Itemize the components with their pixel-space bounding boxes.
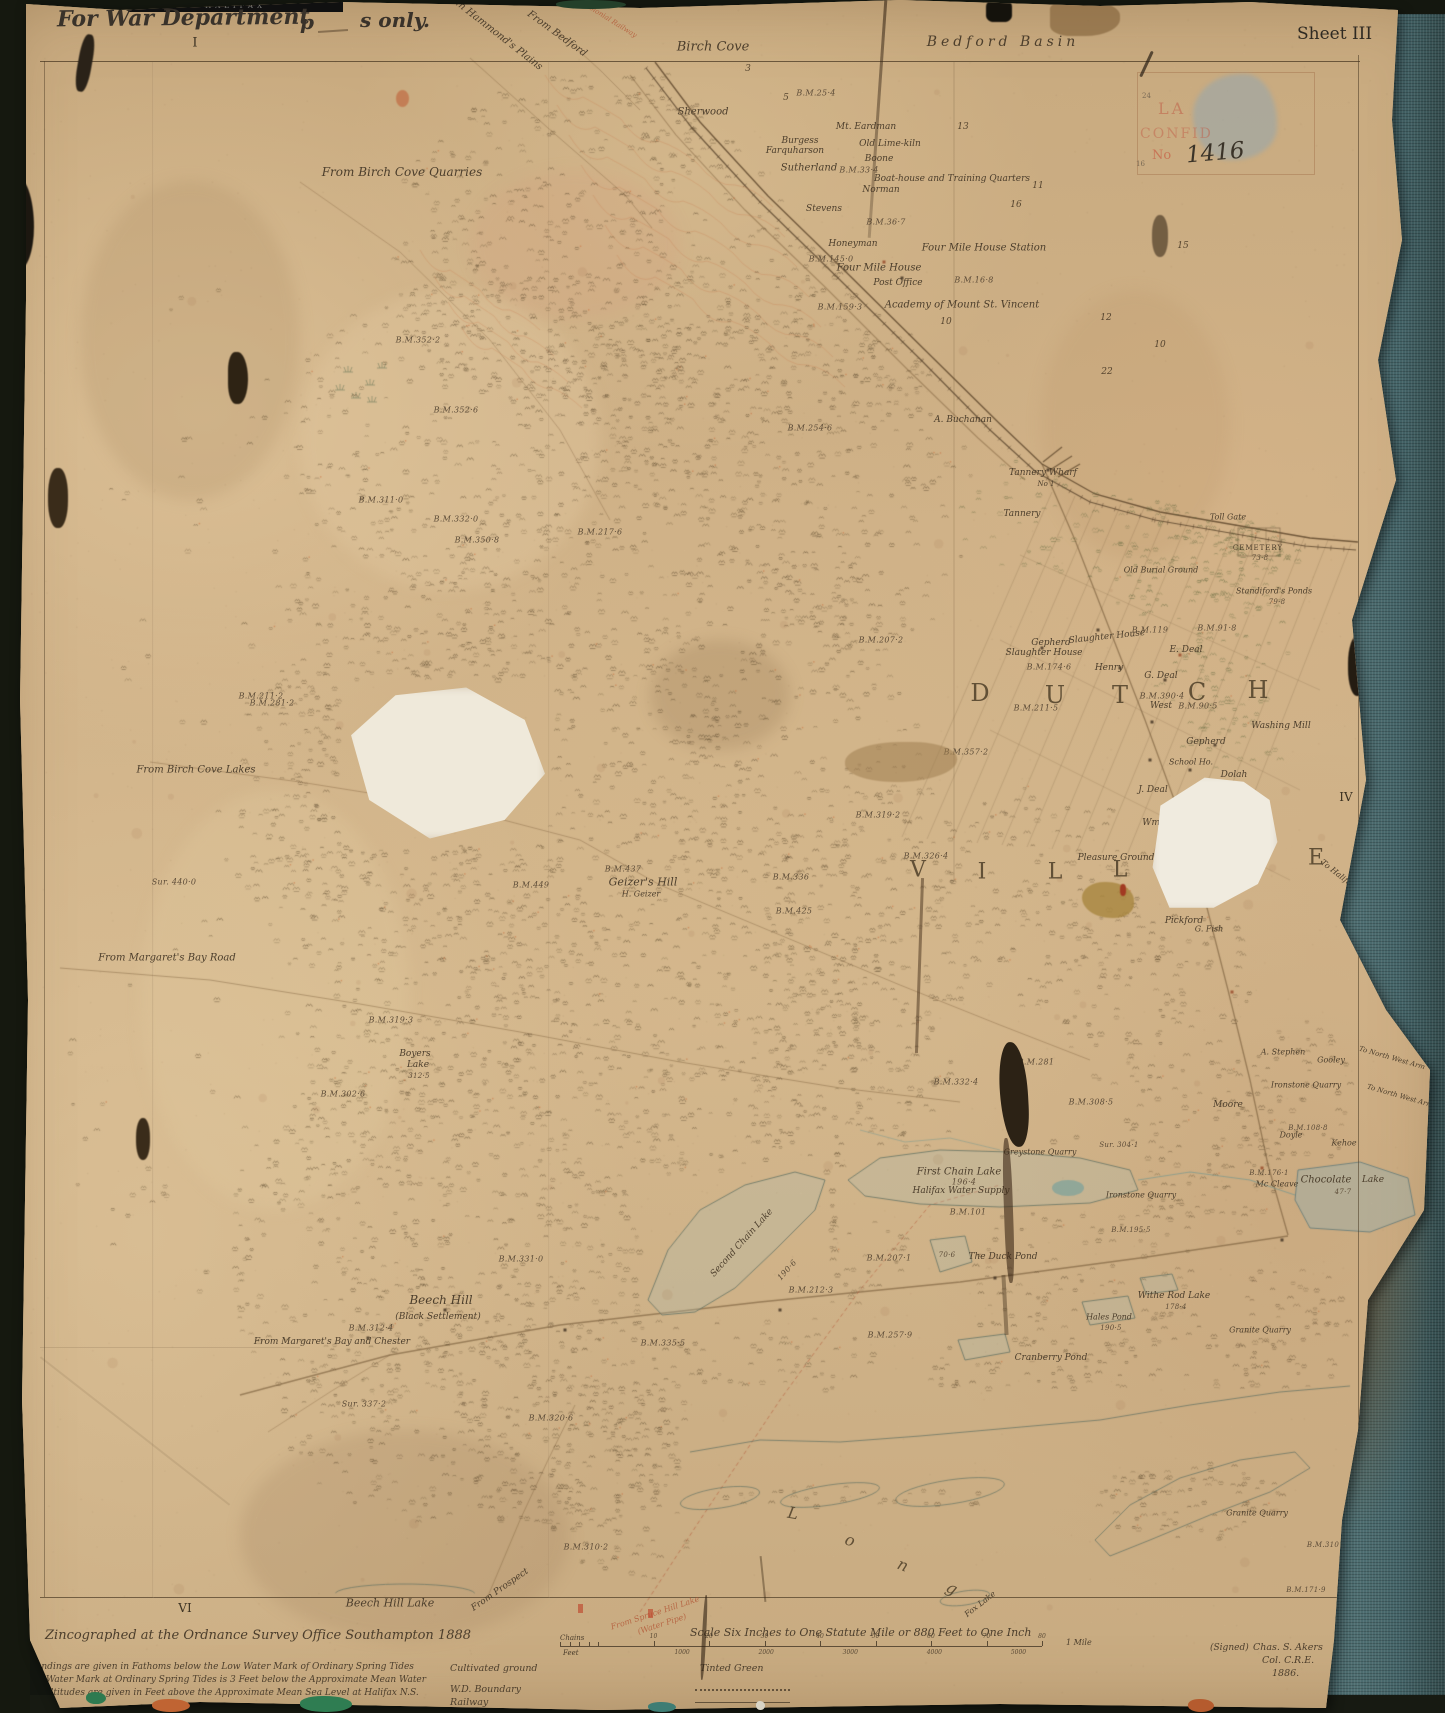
sounding-value: 3 [745,64,751,74]
stamp-line2: CONFID [1140,126,1213,142]
map-label: Greystone Quarry [1004,1148,1077,1157]
signed-text: (Signed) [1210,1643,1249,1653]
paint-speck-green [300,1696,352,1712]
map-label: G. Fish [1195,925,1224,934]
map-label: From Prospect [469,1567,530,1614]
map-label: 190·6 [775,1258,798,1282]
signature: Chas. S. Akers [1253,1642,1323,1653]
map-paper: HALIFAX For War Department p s only. She… [0,0,1445,1713]
map-label: B.M.159·3 [818,303,863,312]
scale-mile: 1 Mile [1066,1638,1092,1647]
pencil-number: 24 [1142,92,1151,100]
map-label: Lake [1362,1175,1384,1185]
debris [48,468,68,528]
map-label: Halifax Water Supply [913,1186,1010,1196]
paint-speck-orange [152,1699,190,1712]
map-label: Old Burial Ground [1124,566,1199,575]
map-label: B.M.319·3 [369,1016,414,1025]
map-label: From Birch Cove Lakes [136,765,255,776]
signature-rank-text: Col. C.R.E. [1262,1655,1314,1666]
map-label: B.M.350·8 [455,536,500,545]
map-label: B.M.302·6 [321,1090,366,1099]
map-label: Tannery [1004,509,1041,519]
map-label: From Birch Cove Quarries [322,165,483,179]
scale-title: Scale Six Inches to One Statute Mile or … [690,1626,1031,1639]
map-label: J. Deal [1138,785,1167,795]
map-label: No 1 [1037,480,1054,488]
signed: (Signed) [1210,1643,1249,1653]
map-label: B.M.310 [1307,1541,1339,1549]
place-letter-ville: L [1048,860,1063,885]
sheet-number-text: Sheet III [1297,24,1372,44]
map-label: B.M.212·3 [789,1286,834,1295]
map-label: B.M.207·1 [867,1254,912,1263]
stamp-line1: LA [1158,99,1186,118]
map-label: Withe Rod Lake [1138,1291,1211,1301]
map-label: Slaughter House [1068,628,1146,646]
scale-feet-number: 3000 [843,1649,858,1656]
map-label: Mc Cleave [1256,1180,1299,1189]
map-label: To North West Arm [1366,1083,1434,1109]
map-label: Birch Cove [677,40,750,55]
sounding-value: 10 [940,317,951,327]
map-label: B.M.36·7 [866,218,905,227]
map-label: Toll Gate [1210,513,1246,522]
map-label: Mt. Eardman [836,122,896,132]
scale-feet-number: 1000 [674,1649,689,1656]
map-label: 70·6 [939,1251,956,1259]
map-label: 73·8 [1252,554,1269,562]
map-label: Old Lime-kiln [859,139,921,149]
legend-railway: Railway [450,1697,488,1708]
sounding-value: 22 [1101,367,1112,377]
paint-speck-teal [648,1702,676,1712]
map-label: B.M.254·6 [788,424,833,433]
legend-railway-text: Railway [450,1697,488,1708]
map-label: B.M.281·2 [250,699,295,708]
map-label: From Bedford [525,9,589,60]
map-label: B.M.331·0 [499,1255,544,1264]
debris [986,0,1012,22]
pencil-number: 16 [1136,160,1145,168]
map-label: Sur. 337·2 [342,1400,387,1409]
place-letter-ville: E [1308,846,1324,871]
red-tick [578,1604,583,1613]
scale-title-text: Scale Six Inches to One Statute Mile or … [690,1626,1031,1639]
map-label: B.M.425 [776,907,813,916]
restriction-p: p [300,10,314,34]
map-label: Sur. 440·0 [152,878,197,887]
sheet-number: Sheet III [1297,24,1372,44]
legend-cultivated-text: Cultivated ground [450,1663,538,1674]
signature-text: Chas. S. Akers [1253,1642,1323,1653]
signature-year-text: 1886. [1272,1668,1299,1679]
map-label: IV [1339,790,1352,804]
pencil-top-text: 24 [1142,92,1151,100]
red-tick [648,1609,653,1618]
restriction-suffix: s only. [360,8,430,32]
map-label: CEMETERY [1233,544,1283,552]
map-label: B.M.310·2 [564,1543,609,1552]
map-label: From Margaret's Bay Road [98,953,236,964]
map-label: B.M.352·2 [396,336,441,345]
debris [0,930,22,1010]
sounding-value: 13 [957,122,968,132]
scale-tick [1042,1641,1043,1646]
map-label: Four Mile House Station [922,243,1046,254]
stamp-no: No [1152,148,1171,163]
scale-unit-feet: Feet [563,1649,579,1657]
restriction-prefix: For War Department [57,4,310,33]
map-label: Cranberry Pond [1015,1353,1088,1363]
note-line: Low Water Mark at Ordinary Spring Tides … [24,1675,426,1685]
place-letter-long: n [895,1554,912,1575]
map-label: G. Deal [1144,671,1177,681]
debris [228,352,248,404]
map-label: B.M.311·0 [359,496,404,505]
restriction-p-text: p [300,10,314,34]
map-label: Sutherland [781,163,837,174]
debris [1152,215,1168,257]
debris [1348,636,1368,696]
map-label: Lake [407,1060,429,1070]
map-label: Gepherd [1186,737,1225,747]
railway-sample [695,1702,790,1703]
restriction-note: For War Department [57,4,310,33]
map-label: Boone [865,154,894,164]
scale-mile-text: 1 Mile [1066,1638,1092,1647]
map-label: Slaughter House [1006,648,1083,658]
map-label: B.M.257·9 [868,1331,913,1340]
scale-feet-text: Feet [563,1649,579,1657]
paint-speck-orange [1188,1699,1214,1712]
map-label: Farquharson [766,146,824,156]
map-label: B.M.101 [950,1208,987,1217]
sounding-value: 5 [783,93,789,103]
map-label: West [1150,701,1172,711]
paint-speck-white [756,1701,765,1710]
map-label: Second Chain Lake [709,1207,775,1279]
legend-cultivated: Cultivated ground [450,1663,538,1674]
map-label: Dolah [1221,770,1248,780]
sounding-value: 12 [1100,313,1111,323]
map-label: Fox Lake [963,1589,997,1619]
map-label: Boat-house and Training Quarters [874,174,1030,184]
scale-unit-chains: Chains [560,1634,584,1642]
map-label: To Halifax [1319,858,1357,890]
map-label: 312·5 [408,1072,430,1080]
signature-rank: Col. C.R.E. [1262,1655,1314,1666]
map-label: Moore [1213,1100,1243,1110]
stamp-line2-text: CONFID [1140,126,1213,142]
red-blemish [1120,884,1126,896]
map-label: 79·8 [1269,598,1286,606]
map-label: Granite Quarry [1229,1326,1291,1335]
map-label: Burgess [781,136,818,146]
imprint-text: Zincographed at the Ordnance Survey Offi… [45,1628,471,1643]
scale-chain-number: 80 [1038,1633,1046,1640]
map-label: B.M.174·6 [1027,663,1072,672]
debris [136,1118,150,1160]
map-label: Doyle [1279,1131,1302,1140]
map-label: To North West Arm [1358,1045,1426,1071]
map-label: Honeyman [828,239,877,249]
sounding-value: 15 [1177,241,1188,251]
sounding-value: 16 [1010,200,1021,210]
note-1: Soundings are given in Fathoms below the… [24,1662,414,1672]
map-label: Hales Pond [1086,1313,1132,1322]
map-label: Geizer's Hill [609,876,678,889]
map-label: Bedford Basin [927,34,1080,50]
legend-wd-text: W.D. Boundary [450,1684,521,1695]
map-label: (Black Settlement) [395,1312,480,1322]
map-label: Beech Hill Lake [346,1597,435,1610]
imprint: Zincographed at the Ordnance Survey Offi… [45,1628,471,1643]
scale-feet-number: 5000 [1011,1649,1026,1656]
stamp-handwritten-number: 1416 [1185,137,1246,168]
scale-feet-number: 4000 [927,1649,942,1656]
map-label: Washing Mill [1251,721,1310,731]
place-letter-dutch: D [970,679,989,707]
map-label: B.M.332·0 [434,515,479,524]
map-label: Academy of Mount St. Vincent [885,300,1040,311]
map-label: Norman [862,185,899,195]
map-label: B.M.25·4 [796,89,835,98]
map-label: B.M.390·4 [1140,692,1185,701]
map-sheet-scan: HALIFAX For War Department p s only. She… [0,0,1445,1713]
map-label: B.M.195·5 [1111,1226,1151,1234]
map-label: Tannery Wharf [1009,468,1077,478]
map-label: First Chain Lake [917,1167,1002,1178]
sounding-value: 11 [1032,181,1043,191]
map-label: Beech Hill [409,1293,472,1307]
stamp-no-text: No [1152,148,1171,163]
map-label: B.M.320·6 [529,1414,574,1423]
place-letter-dutch: T [1112,681,1128,709]
map-label: B.M.91·8 [1197,624,1236,633]
map-label: Stevens [806,204,842,214]
map-label: B.M.332·4 [934,1078,979,1087]
place-letter-dutch: H [1248,676,1269,704]
map-label: The Duck Pond [968,1252,1037,1262]
map-label: A. Stephen [1261,1048,1305,1057]
red-blemish [396,90,409,107]
place-letter-dutch: C [1188,678,1206,706]
map-label: B.M.16·8 [954,276,993,285]
map-label: B.M.217·6 [578,528,623,537]
map-label: VI [178,1601,191,1615]
map-label: Ironstone Quarry [1271,1081,1341,1090]
stamp-number-text: 1416 [1185,137,1246,168]
map-label: B.M.207·2 [859,636,904,645]
scale-chains-text: Chains [560,1634,584,1642]
place-letter-ville: L [1113,858,1128,883]
map-label: Henry [1095,663,1123,673]
map-label: Post Office [873,278,922,288]
map-label: Standiford's Ponds [1236,587,1312,596]
map-label: B.M.312·4 [349,1324,394,1333]
pencil-left-text: 16 [1136,160,1145,168]
wd-boundary-sample [695,1689,790,1691]
place-letter-ville: I [978,860,987,885]
map-label: I [192,36,197,51]
map-label: Gepherd [1031,638,1070,648]
map-label: A. Buchanan [934,415,992,425]
map-label: B.M.352·6 [434,406,479,415]
place-letter-dutch: U [1045,681,1065,709]
legend-wd-boundary: W.D. Boundary [450,1684,521,1695]
restriction-suffix-text: s only. [360,8,430,32]
map-label: 178·4 [1165,1303,1187,1311]
note-3: The Altitudes are given in Feet above th… [24,1688,419,1698]
place-letter-long: g [943,1577,961,1599]
map-label: Sherwood [678,107,729,118]
map-label: Kehoe [1331,1139,1356,1148]
signature-year: 1886. [1272,1668,1299,1679]
map-label: 190·5 [1100,1324,1122,1332]
map-label: Sur. 304·1 [1099,1141,1138,1149]
map-label: Chocolate [1301,1175,1352,1186]
scale-feet-number: 2000 [759,1649,774,1656]
map-label: Boyers [399,1049,430,1059]
map-label: B.M.176·1 [1249,1169,1289,1177]
map-label: B.M.308·5 [1069,1098,1114,1107]
map-label: Gooley [1317,1056,1345,1065]
map-label: B.M.437 [605,865,642,874]
note-line: The Altitudes are given in Feet above th… [24,1688,419,1698]
map-label: B.M.171·9 [1286,1586,1326,1594]
map-label: E. Deal [1169,645,1202,655]
map-label: Four Mile House [837,263,922,274]
scale-chain-number: 10 [650,1633,658,1640]
legend-tinted-text: Tinted Green [700,1663,764,1674]
note-2: Low Water Mark at Ordinary Spring Tides … [24,1675,426,1685]
map-label: 47·7 [1335,1188,1352,1196]
tape-remnant [1050,2,1120,36]
map-label: H. Geizer [622,890,661,899]
map-label: School Ho. [1169,758,1213,767]
scale-bar [560,1646,1042,1647]
map-label: B.M.319·2 [856,811,901,820]
sounding-value: 10 [1154,340,1165,350]
map-label: From Margaret's Bay and Chester [254,1337,410,1347]
paint-speck-green [86,1692,106,1704]
note-line: Soundings are given in Fathoms below the… [24,1662,414,1672]
stamp-line1-text: LA [1158,99,1186,118]
map-label: B.M.336 [773,873,810,882]
place-letter-long: L [786,1503,800,1524]
map-label: B.M.335·5 [641,1339,686,1348]
board-green-mark [556,0,626,9]
place-letter-long: o [843,1530,858,1551]
legend-tinted-green: Tinted Green [700,1663,764,1674]
map-label: Granite Quarry [1226,1509,1288,1518]
map-label: Ironstone Quarry [1106,1191,1176,1200]
map-label: B.M.449 [513,881,550,890]
